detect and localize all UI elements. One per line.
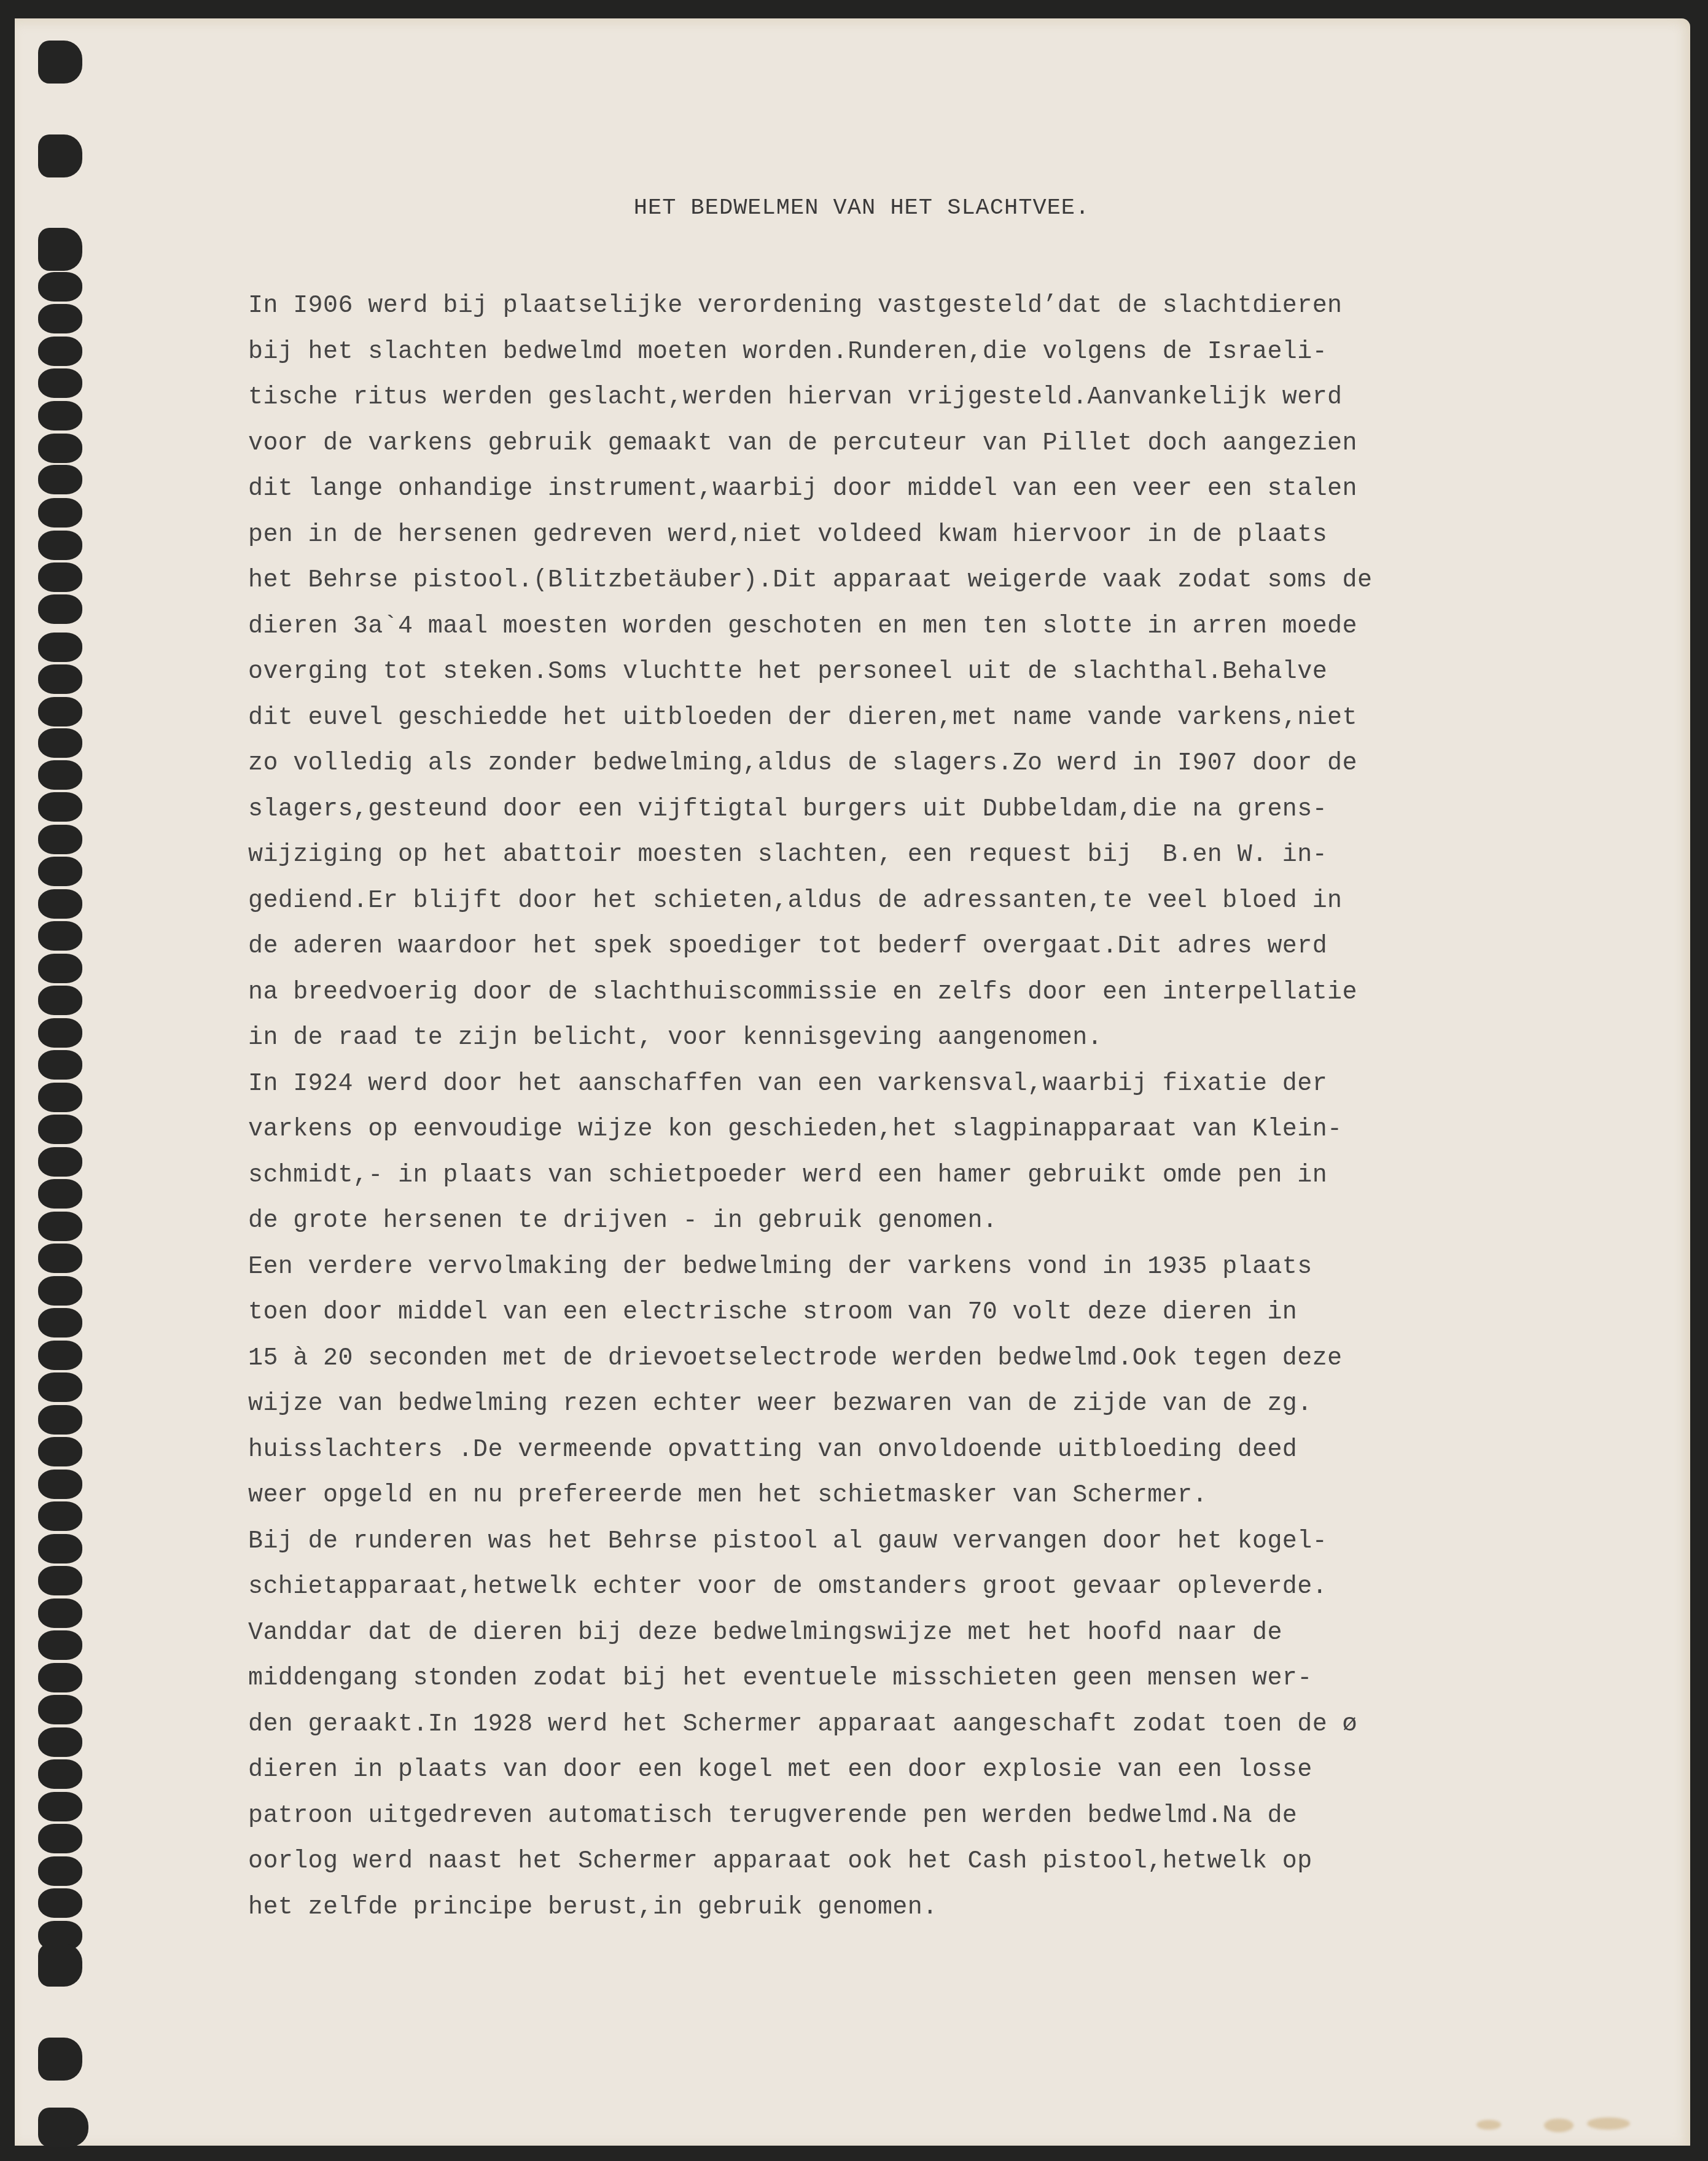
text-line: dit euvel geschiedde het uitbloeden der … bbox=[248, 696, 1599, 742]
text-line: in de raad te zijn belicht, voor kennisg… bbox=[248, 1016, 1599, 1062]
punch-hole bbox=[38, 272, 82, 302]
text-line: huisslachters .De vermeende opvatting va… bbox=[248, 1428, 1599, 1474]
paper-stain bbox=[1476, 2120, 1501, 2130]
punch-hole bbox=[38, 563, 82, 592]
punch-hole bbox=[38, 1792, 82, 1821]
punch-hole bbox=[38, 986, 82, 1015]
punch-hole bbox=[38, 1630, 82, 1660]
punch-hole bbox=[38, 1888, 82, 1918]
punch-hole bbox=[38, 825, 82, 854]
punch-hole bbox=[38, 304, 82, 333]
punch-hole bbox=[38, 1373, 82, 1402]
punch-hole bbox=[38, 1824, 82, 1853]
punch-hole bbox=[38, 2108, 88, 2147]
punch-hole bbox=[38, 1501, 82, 1531]
text-line: wijziging op het abattoir moesten slacht… bbox=[248, 833, 1599, 879]
text-line: dieren 3a`4 maal moesten worden geschote… bbox=[248, 604, 1599, 650]
punch-hole bbox=[38, 2038, 82, 2081]
punch-hole bbox=[38, 228, 82, 271]
text-line: het Behrse pistool.(Blitzbetäuber).Dit a… bbox=[248, 558, 1599, 604]
punch-hole bbox=[38, 337, 82, 366]
text-line: In I924 werd door het aanschaffen van ee… bbox=[248, 1062, 1599, 1108]
text-line: toen door middel van een electrische str… bbox=[248, 1290, 1599, 1336]
punch-hole bbox=[38, 954, 82, 983]
punch-hole bbox=[38, 760, 82, 790]
text-line: schmidt,- in plaats van schietpoeder wer… bbox=[248, 1153, 1599, 1199]
punch-hole bbox=[38, 1115, 82, 1144]
punch-hole bbox=[38, 1308, 82, 1337]
punch-hole bbox=[38, 465, 82, 494]
punch-hole bbox=[38, 134, 82, 177]
punch-hole bbox=[38, 697, 82, 726]
text-line: den geraakt.In 1928 werd het Schermer ap… bbox=[248, 1702, 1599, 1748]
punch-hole bbox=[38, 1695, 82, 1724]
punch-hole bbox=[38, 531, 82, 560]
punch-hole bbox=[38, 921, 82, 951]
text-line: zo volledig als zonder bedwelming,aldus … bbox=[248, 741, 1599, 787]
text-line: schietapparaat,hetwelk echter voor de om… bbox=[248, 1565, 1599, 1611]
paper-stain bbox=[1587, 2117, 1630, 2130]
text-line: overging tot steken.Soms vluchtte het pe… bbox=[248, 650, 1599, 696]
punch-hole bbox=[38, 1341, 82, 1370]
text-line: patroon uitgedreven automatisch terugver… bbox=[248, 1794, 1599, 1840]
punch-hole bbox=[38, 1147, 82, 1177]
punch-hole-strip bbox=[15, 18, 113, 2146]
text-line: bij het slachten bedwelmd moeten worden.… bbox=[248, 330, 1599, 376]
text-line: varkens op eenvoudige wijze kon geschied… bbox=[248, 1107, 1599, 1153]
text-line: In I906 werd bij plaatselijke verordenin… bbox=[248, 284, 1599, 330]
punch-hole bbox=[38, 1244, 82, 1273]
punch-hole bbox=[38, 594, 82, 624]
punch-hole bbox=[38, 1944, 82, 1987]
punch-hole bbox=[38, 434, 82, 463]
typed-body: In I906 werd bij plaatselijke verordenin… bbox=[248, 284, 1599, 1931]
text-line: pen in de hersenen gedreven werd,niet vo… bbox=[248, 513, 1599, 559]
punch-hole bbox=[38, 368, 82, 398]
punch-hole bbox=[38, 1179, 82, 1209]
text-line: dieren in plaats van door een kogel met … bbox=[248, 1748, 1599, 1794]
punch-hole bbox=[38, 792, 82, 822]
punch-hole bbox=[38, 1083, 82, 1112]
text-line: oorlog werd naast het Schermer apparaat … bbox=[248, 1839, 1599, 1885]
text-line: dit lange onhandige instrument,waarbij d… bbox=[248, 467, 1599, 513]
punch-hole bbox=[38, 1759, 82, 1789]
text-line: middengang stonden zodat bij het eventue… bbox=[248, 1656, 1599, 1702]
text-line: de aderen waardoor het spek spoediger to… bbox=[248, 924, 1599, 970]
punch-hole bbox=[38, 633, 82, 662]
punch-hole bbox=[38, 498, 82, 528]
text-line: 15 à 20 seconden met de drievoetselectro… bbox=[248, 1336, 1599, 1382]
paper-stain bbox=[1544, 2119, 1573, 2132]
punch-hole bbox=[38, 1534, 82, 1563]
text-line: tische ritus werden geslacht,werden hier… bbox=[248, 375, 1599, 421]
punch-hole bbox=[38, 1018, 82, 1048]
text-line: wijze van bedwelming rezen echter weer b… bbox=[248, 1382, 1599, 1428]
text-line: het zelfde principe berust,in gebruik ge… bbox=[248, 1885, 1599, 1931]
punch-hole bbox=[38, 1470, 82, 1499]
punch-hole bbox=[38, 1212, 82, 1241]
text-line: de grote hersenen te drijven - in gebrui… bbox=[248, 1199, 1599, 1245]
punch-hole bbox=[38, 1727, 82, 1757]
punch-hole bbox=[38, 1598, 82, 1628]
text-line: weer opgeld en nu prefereerde men het sc… bbox=[248, 1473, 1599, 1519]
text-line: Een verdere vervolmaking der bedwelming … bbox=[248, 1245, 1599, 1291]
typed-page: HET BEDWELMEN VAN HET SLACHTVEE. In I906… bbox=[15, 18, 1690, 2146]
text-line: Bij de runderen was het Behrse pistool a… bbox=[248, 1519, 1599, 1565]
punch-hole bbox=[38, 41, 82, 84]
page-title: HET BEDWELMEN VAN HET SLACHTVEE. bbox=[15, 195, 1690, 221]
punch-hole bbox=[38, 1050, 82, 1080]
punch-hole bbox=[38, 401, 82, 430]
punch-hole bbox=[38, 857, 82, 886]
punch-hole bbox=[38, 1405, 82, 1435]
punch-hole bbox=[38, 1663, 82, 1692]
punch-hole bbox=[38, 1856, 82, 1886]
punch-hole bbox=[38, 1276, 82, 1306]
punch-hole bbox=[38, 664, 82, 694]
punch-hole bbox=[38, 889, 82, 919]
text-line: na breedvoerig door de slachthuiscommiss… bbox=[248, 970, 1599, 1016]
text-line: slagers,gesteund door een vijftigtal bur… bbox=[248, 787, 1599, 833]
text-line: voor de varkens gebruik gemaakt van de p… bbox=[248, 421, 1599, 467]
text-line: gediend.Er blijft door het schieten,aldu… bbox=[248, 879, 1599, 925]
punch-hole bbox=[38, 1566, 82, 1595]
text-line: Vanddar dat de dieren bij deze bedwelmin… bbox=[248, 1611, 1599, 1657]
punch-hole bbox=[38, 728, 82, 758]
punch-hole bbox=[38, 1437, 82, 1466]
